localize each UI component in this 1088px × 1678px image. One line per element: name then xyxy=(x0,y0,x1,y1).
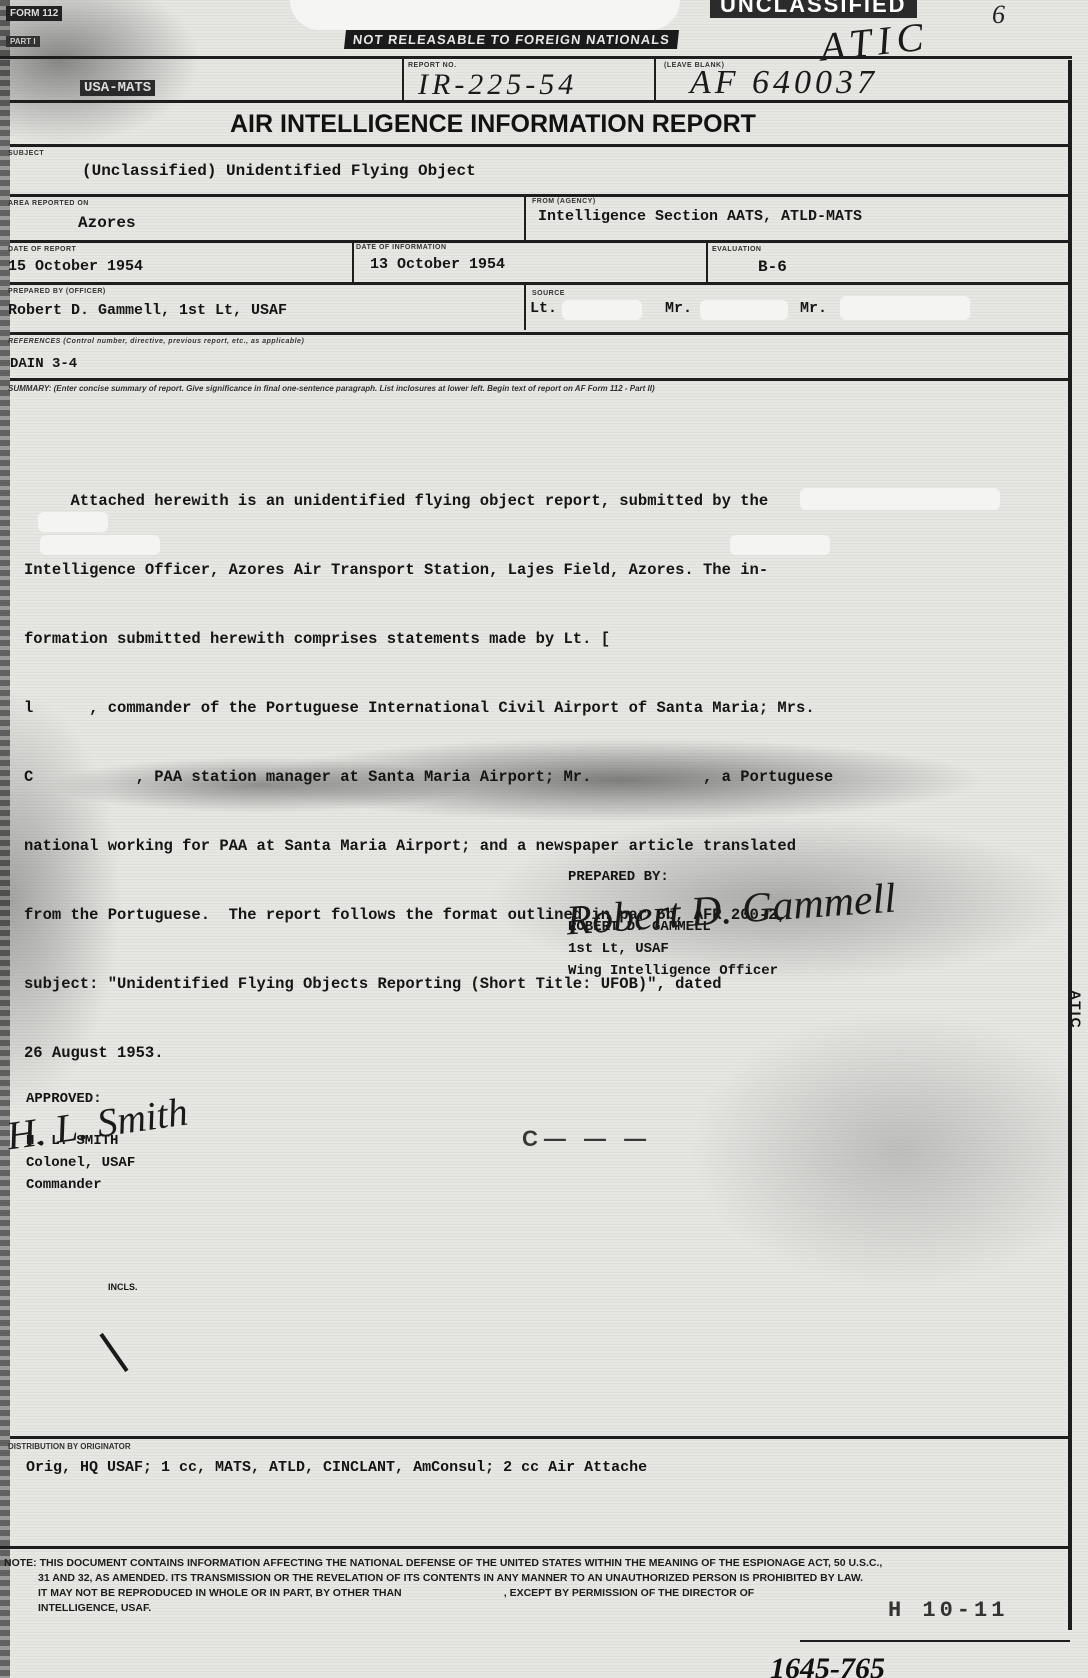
rule xyxy=(10,194,1072,197)
rule xyxy=(10,1436,1072,1439)
rule xyxy=(0,56,1072,59)
redaction xyxy=(730,535,830,555)
rule xyxy=(10,332,1072,335)
evaluation-label: EVALUATION xyxy=(712,246,761,253)
body-line: national working for PAA at Santa Maria … xyxy=(24,835,1024,858)
from-agency-label: FROM (Agency) xyxy=(532,198,596,205)
date-of-information-label: DATE OF INFORMATION xyxy=(356,244,447,251)
faded-stamp: C— — — xyxy=(522,1126,652,1152)
approved-rank: Colonel, USAF xyxy=(26,1152,135,1174)
inclosures-label: INCLS. xyxy=(108,1282,138,1292)
bottom-stamp: H 10-11 xyxy=(888,1598,1008,1623)
rule xyxy=(402,58,404,102)
form-border-right xyxy=(1068,60,1072,1630)
body-line: Intelligence Officer, Azores Air Transpo… xyxy=(24,559,1024,582)
rule xyxy=(10,282,1072,285)
rule xyxy=(654,58,656,102)
redaction xyxy=(562,300,642,320)
area-label: AREA REPORTED ON xyxy=(8,200,89,207)
pen-mark xyxy=(99,1333,128,1372)
date-of-information-value: 13 October 1954 xyxy=(370,256,505,273)
body-line: formation submitted herewith comprises s… xyxy=(24,628,1024,651)
references-value: DAIN 3-4 xyxy=(10,356,77,372)
margin-note: ATIC xyxy=(1068,990,1084,1030)
leave-blank-value: AF 640037 xyxy=(690,64,878,102)
handwritten-atic: ATIC xyxy=(818,12,932,70)
form-part: PART I xyxy=(6,36,40,47)
source-label: SOURCE xyxy=(532,290,565,297)
rule xyxy=(706,242,708,282)
evaluation-value: B-6 xyxy=(758,258,787,276)
scanned-document-page: UNCLASSIFIED 6 FORM 112 PART I NOT RELEA… xyxy=(0,0,1088,1678)
rule xyxy=(10,378,1072,381)
subject-label: SUBJECT xyxy=(8,150,44,157)
rule xyxy=(10,144,1072,147)
circled-page-number: 6 xyxy=(992,0,1005,30)
distribution-value: Orig, HQ USAF; 1 cc, MATS, ATLD, CINCLAN… xyxy=(26,1459,647,1476)
prepared-by-position: Wing Intelligence Officer xyxy=(568,960,778,982)
classification-stamp: UNCLASSIFIED xyxy=(710,0,917,18)
form-number: FORM 112 xyxy=(6,6,62,21)
rule xyxy=(800,1640,1070,1642)
prepared-by-value: Robert D. Gammell, 1st Lt, USAF xyxy=(8,302,287,319)
rule xyxy=(0,1546,1072,1549)
rule xyxy=(524,284,526,330)
country-field: USA-MATS xyxy=(80,80,155,96)
bottom-handwritten-number: 1645-765 xyxy=(770,1652,885,1678)
body-line: subject: "Unidentified Flying Objects Re… xyxy=(24,973,1024,996)
redaction xyxy=(840,296,970,320)
report-no-value: IR-225-54 xyxy=(418,68,577,102)
rule xyxy=(10,240,1072,243)
area-value: Azores xyxy=(78,214,136,232)
note-line: NOTE: THIS DOCUMENT CONTAINS INFORMATION… xyxy=(4,1556,1068,1571)
redaction xyxy=(38,512,108,532)
date-of-report-label: DATE OF REPORT xyxy=(8,246,76,253)
torn-corner xyxy=(290,0,680,30)
redaction xyxy=(700,300,788,320)
references-label: REFERENCES (Control number, directive, p… xyxy=(8,338,304,345)
body-line: 26 August 1953. xyxy=(24,1042,1024,1065)
prepared-by-label: PREPARED BY (Officer) xyxy=(8,288,106,295)
date-of-report-value: 15 October 1954 xyxy=(8,258,143,275)
note-line: 31 AND 32, AS AMENDED. ITS TRANSMISSION … xyxy=(4,1571,1068,1586)
redaction xyxy=(40,535,160,555)
page-title: AIR INTELLIGENCE INFORMATION REPORT xyxy=(230,110,756,139)
body-line: l , commander of the Portuguese Internat… xyxy=(24,697,1024,720)
approved-position: Commander xyxy=(26,1174,135,1196)
report-body: Attached herewith is an unidentified fly… xyxy=(24,444,1024,1111)
rule xyxy=(524,196,526,240)
summary-label: SUMMARY: (Enter concise summary of repor… xyxy=(8,384,1058,393)
from-agency-value: Intelligence Section AATS, ATLD-MATS xyxy=(538,208,862,225)
release-caveat: NOT RELEASABLE TO FOREIGN NATIONALS xyxy=(344,30,679,49)
body-line: C , PAA station manager at Santa Maria A… xyxy=(24,766,1024,789)
distribution-label: DISTRIBUTION BY ORIGINATOR xyxy=(8,1442,131,1451)
subject-value: (Unclassified) Unidentified Flying Objec… xyxy=(82,162,476,180)
rule xyxy=(352,242,354,282)
redaction xyxy=(800,488,1000,510)
